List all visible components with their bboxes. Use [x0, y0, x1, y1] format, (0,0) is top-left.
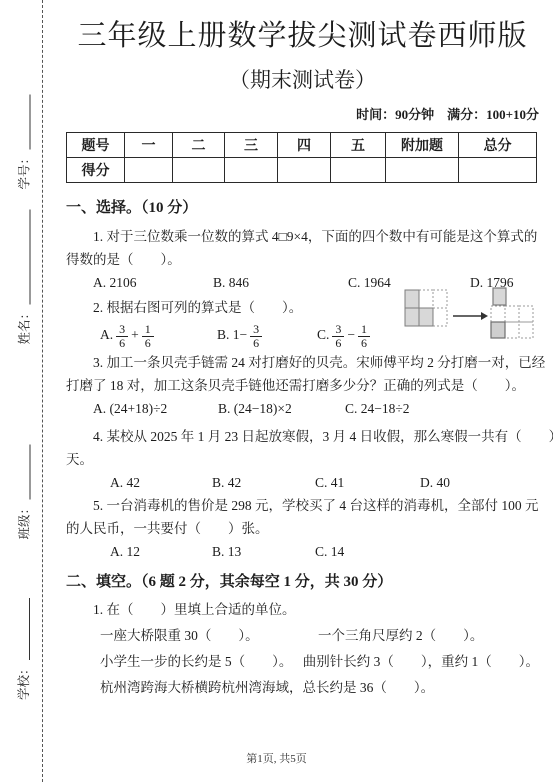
fill-blank-row: 杭州湾跨海大桥横跨杭州湾海域，总长约是 36（ ）。 [66, 675, 539, 701]
paper-content: 三年级上册数学拔尖测试卷西师版 （期末测试卷） 时间：90分钟 满分：100+1… [66, 0, 539, 701]
fill-blank-question-1: 1. 在（ ）里填上合适的单位。 一座大桥限重 30（ ）。 一个三角尺厚约 2… [66, 598, 539, 701]
margin-field-class: 班级： [15, 445, 35, 540]
fill-blank-item: 一个三角尺厚约 2（ ）。 [318, 623, 483, 649]
name-write-line [30, 210, 31, 305]
question-text: 天。 [66, 448, 539, 471]
binding-fold-line [42, 0, 43, 782]
question-1: 1. 对于三位数乘一位数的算式 4□9×4，下面的四个数中有可能是这个算式的 得… [66, 225, 539, 294]
option: C. 14 [315, 540, 344, 563]
option: B. (24−18)×2 [218, 397, 345, 420]
option: B. 13 [212, 540, 315, 563]
options-row: A. 12 B. 13 C. 14 [66, 540, 539, 563]
question-text: 1. 在（ ）里填上合适的单位。 [66, 598, 539, 621]
options-row: A. (24+18)÷2 B. (24−18)×2 C. 24−18÷2 [66, 397, 539, 420]
option: A. (24+18)÷2 [93, 397, 218, 420]
question-4: 4. 某校从 2025 年 1 月 23 日起放寒假，3 月 4 日收假，那么寒… [66, 425, 539, 494]
score-table-header: 题号 [67, 133, 125, 158]
question-5: 5. 一台消毒机的售价是 298 元，学校买了 4 台这样的消毒机，全部付 10… [66, 494, 539, 563]
fill-blank-row: 一座大桥限重 30（ ）。 一个三角尺厚约 2（ ）。 [66, 623, 539, 649]
fill-blank-item: 小学生一步的长约是 5（ ）。 [100, 649, 303, 675]
option-label: B. [217, 327, 229, 342]
student-no-write-line [30, 95, 31, 150]
option: A. 12 [110, 540, 212, 563]
option: B. 846 [213, 271, 348, 294]
score-cell [173, 158, 225, 183]
option: B. 1−36 [217, 319, 317, 351]
margin-field-name: 姓名： [15, 210, 35, 345]
fill-blank-item: 杭州湾跨海大桥横跨杭州湾海域，总长约是 36（ ）。 [100, 675, 434, 701]
fill-blank-item: 曲别针长约 3（ ），重约 1（ ）。 [303, 649, 539, 675]
class-label: 班级： [15, 502, 35, 540]
score-table-score-row: 得分 [67, 158, 537, 183]
option: A. 42 [110, 471, 212, 494]
option: C. 24−18÷2 [345, 397, 410, 420]
question-text: 的人民币，一共要付（ ）张。 [66, 517, 539, 540]
section-one-heading: 一、选择。（10 分） [66, 197, 539, 219]
score-cell [278, 158, 331, 183]
score-table-header: 五 [331, 133, 386, 158]
question-text: 3. 加工一条贝壳手链需 24 对打磨好的贝壳。宋师傅平均 2 分打磨一对，已经 [66, 351, 539, 374]
score-cell [225, 158, 278, 183]
page-title: 三年级上册数学拔尖测试卷西师版 [66, 18, 539, 54]
fraction: 16 [142, 323, 154, 350]
page-number: 第1页, 共5页 [0, 750, 553, 766]
question-3: 3. 加工一条贝壳手链需 24 对打磨好的贝壳。宋师傅平均 2 分打磨一对，已经… [66, 351, 539, 420]
score-table-header: 一 [125, 133, 173, 158]
option: C.36−16 [317, 319, 373, 351]
margin-field-student-no: 学号： [15, 95, 35, 190]
question-text: 1. 对于三位数乘一位数的算式 4□9×4，下面的四个数中有可能是这个算式的 [66, 225, 539, 248]
score-cell [459, 158, 537, 183]
margin-field-school: 学校： [14, 598, 34, 700]
score-table-header: 总分 [459, 133, 537, 158]
score-table-header-row: 题号 一 二 三 四 五 附加题 总分 [67, 133, 537, 158]
score-cell [386, 158, 459, 183]
score-table: 题号 一 二 三 四 五 附加题 总分 得分 [66, 132, 537, 183]
fraction: 36 [332, 323, 344, 350]
name-label: 姓名： [15, 307, 35, 345]
option: D. 40 [420, 471, 450, 494]
operator: + [131, 327, 139, 342]
fraction: 36 [116, 323, 128, 350]
question-text: 得数的是（ ）。 [66, 248, 539, 271]
school-label: 学校： [14, 662, 34, 700]
score-table-header: 三 [225, 133, 278, 158]
time-score-info: 时间：90分钟 满分：100+10分 [66, 106, 539, 124]
fraction: 36 [250, 323, 262, 350]
option: A.36+16 [100, 319, 217, 351]
class-write-line [30, 445, 31, 500]
option-label: C. [317, 327, 329, 342]
arrow-icon [453, 312, 488, 320]
options-row: A. 42 B. 42 C. 41 D. 40 [66, 471, 539, 494]
score-table-header: 四 [278, 133, 331, 158]
operator: − [347, 327, 355, 342]
fill-blank-row: 小学生一步的长约是 5（ ）。 曲别针长约 3（ ），重约 1（ ）。 [66, 649, 539, 675]
option-label: A. [100, 327, 113, 342]
option: A. 2106 [93, 271, 213, 294]
fill-blank-item: 一座大桥限重 30（ ）。 [100, 623, 318, 649]
question-text: 打磨了 18 对，加工这条贝壳手链他还需打磨多少分？正确的列式是（ ）。 [66, 374, 539, 397]
score-row-label: 得分 [67, 158, 125, 183]
fraction-diagram [403, 286, 539, 344]
student-no-label: 学号： [15, 152, 35, 190]
school-write-line [29, 598, 30, 660]
score-table-header: 附加题 [386, 133, 459, 158]
fraction: 16 [358, 323, 370, 350]
operand: 1− [233, 327, 247, 342]
page-subtitle: （期末测试卷） [66, 66, 539, 94]
option: C. 41 [315, 471, 420, 494]
option: B. 42 [212, 471, 315, 494]
score-table-header: 二 [173, 133, 225, 158]
score-cell [331, 158, 386, 183]
score-cell [125, 158, 173, 183]
question-text: 4. 某校从 2025 年 1 月 23 日起放寒假，3 月 4 日收假，那么寒… [66, 425, 539, 448]
section-two-heading: 二、填空。（6 题 2 分，其余每空 1 分，共 30 分） [66, 571, 539, 593]
question-text: 5. 一台消毒机的售价是 298 元，学校买了 4 台这样的消毒机，全部付 10… [66, 494, 539, 517]
